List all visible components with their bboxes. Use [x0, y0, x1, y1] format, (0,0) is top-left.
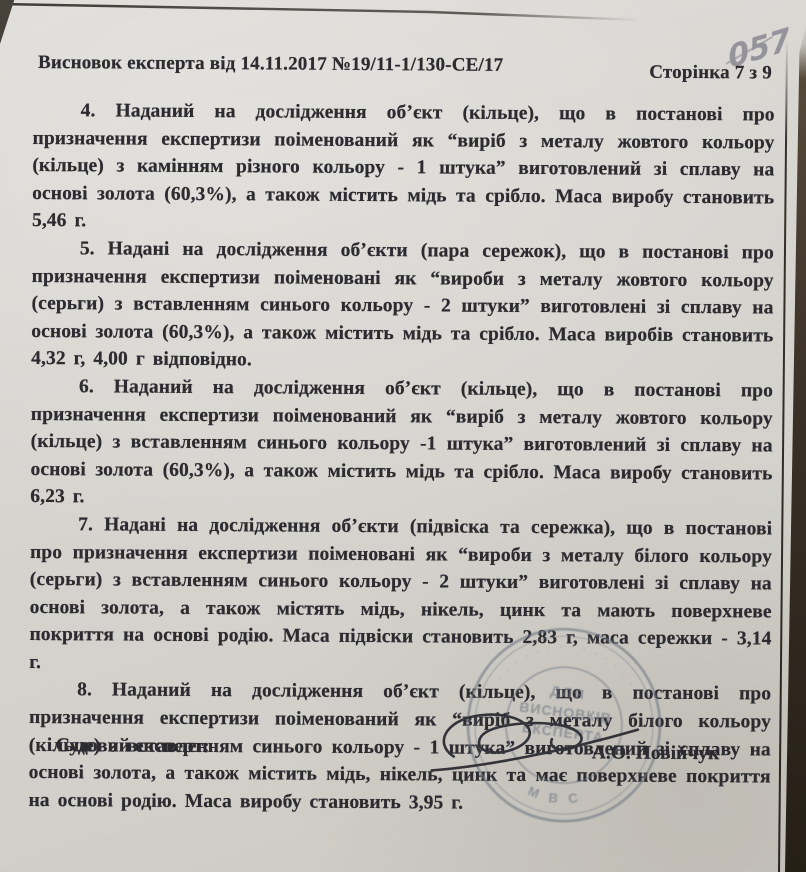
svg-text:М В С: М В С [525, 783, 584, 810]
paragraph-4: 4. Наданий на дослідження об’єкт (кільце… [32, 97, 775, 239]
signature-role-label: Судовий експерт: [56, 735, 210, 758]
signature-name: А.О. Повійчук [592, 742, 720, 765]
page-number-label: Сторінка 7 з 9 [649, 62, 772, 85]
document-scan: 057 Висновок експерта від 14.11.2017 №19… [0, 0, 806, 872]
document-title: Висновок експерта від 14.11.2017 №19/11-… [38, 52, 504, 77]
paragraph-5: 5. Надані на дослідження об’єкти (пара с… [31, 235, 774, 377]
page-header: Висновок експерта від 14.11.2017 №19/11-… [38, 52, 772, 78]
expert-signature [424, 690, 655, 786]
stamp-mvs-text: М В С [525, 783, 584, 810]
paragraph-6: 6. Наданий на дослідження об’єкт (кільце… [30, 373, 773, 515]
